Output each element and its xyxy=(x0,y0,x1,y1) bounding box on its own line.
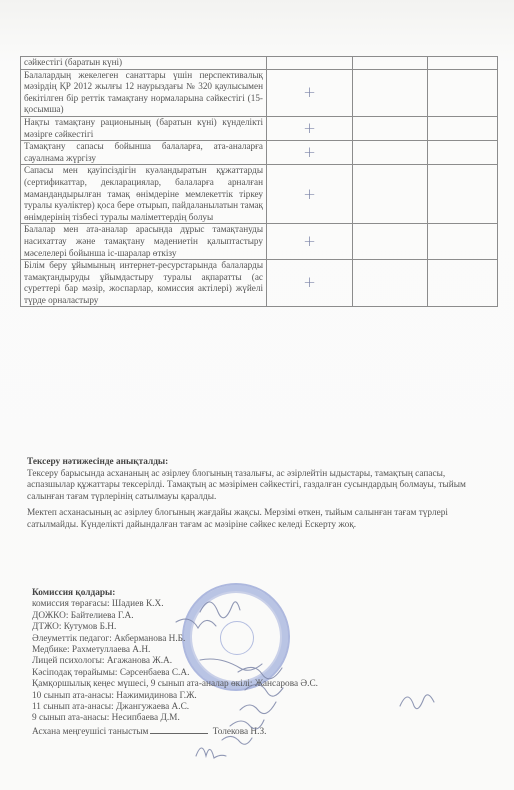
empty-cell xyxy=(353,57,428,70)
commission-member: ДОЖКО: Байтелиева Г.А. xyxy=(32,611,318,622)
empty-cell xyxy=(428,69,498,116)
canteen-head-name: Толекова Н.З. xyxy=(210,727,266,737)
commission-member: 9 сынып ата-анасы: Несипбаева Д.М. xyxy=(32,713,318,724)
commission-member: Кәсіподақ төрайымы: Сәрсенбаева С.А. xyxy=(32,668,318,679)
signature-line xyxy=(150,725,208,734)
findings-paragraph-1: Тексеру барысында асхананың ас әзірлеу б… xyxy=(27,469,487,504)
canteen-head-line: Асхана меңгеушісі таныстым Толекова Н.З. xyxy=(32,725,318,738)
table-row: Балалардың жекелеген санаттары үшін перс… xyxy=(21,69,498,116)
criterion-cell: Нақты тамақтану рационының (баратын күні… xyxy=(21,116,267,140)
commission-member: Әлеуметтік педагог: Акберманова Н.Б. xyxy=(32,634,318,645)
commission-member: Медбике: Рахметуллаева А.Н. xyxy=(32,645,318,656)
empty-cell xyxy=(353,260,428,307)
commission-member: 10 сынып ата-анасы: Нажимидинова Г.Ж. xyxy=(32,691,318,702)
empty-cell xyxy=(428,224,498,260)
criterion-cell: Білім беру ұйымының интернет-ресурстарын… xyxy=(21,260,267,307)
empty-cell xyxy=(353,141,428,165)
empty-cell xyxy=(428,141,498,165)
canteen-head-label: Асхана меңгеушісі таныстым xyxy=(32,727,148,737)
inspection-table: сәйкестігі (баратын күні)Балалардың жеке… xyxy=(20,56,498,307)
empty-cell xyxy=(428,165,498,224)
empty-cell xyxy=(353,165,428,224)
findings-heading: Тексеру нәтижесінде анықталды: xyxy=(27,457,487,469)
empty-cell xyxy=(353,69,428,116)
check-mark-cell: + xyxy=(267,260,353,307)
criterion-cell: Балалар мен ата-аналар арасында дұрыс та… xyxy=(21,224,267,260)
members-list: комиссия төрағасы: Шадиев К.Х.ДОЖКО: Бай… xyxy=(32,599,318,724)
criterion-cell: Балалардың жекелеген санаттары үшін перс… xyxy=(21,69,267,116)
check-mark-cell: + xyxy=(267,69,353,116)
table-row: Білім беру ұйымының интернет-ресурстарын… xyxy=(21,260,498,307)
empty-cell xyxy=(428,260,498,307)
empty-cell xyxy=(353,224,428,260)
findings-paragraph-2: Мектеп асханасының ас әзірлеу блогының ж… xyxy=(27,508,487,531)
commission-member: ДТЖО: Кутумов Б.Н. xyxy=(32,622,318,633)
check-mark-cell: + xyxy=(267,141,353,165)
empty-cell xyxy=(428,57,498,70)
criterion-cell: Сапасы мен қауіпсіздігін куәландыратын қ… xyxy=(21,165,267,224)
table-row: Балалар мен ата-аналар арасында дұрыс та… xyxy=(21,224,498,260)
empty-cell xyxy=(353,116,428,140)
table-row: Тамақтану сапасы бойынша балаларға, ата-… xyxy=(21,141,498,165)
commission-heading: Комиссия қолдары: xyxy=(32,588,318,599)
commission-signatures: Комиссия қолдары: комиссия төрағасы: Шад… xyxy=(32,588,318,738)
table-row: сәйкестігі (баратын күні) xyxy=(21,57,498,70)
document-page: сәйкестігі (баратын күні)Балалардың жеке… xyxy=(0,0,514,790)
check-mark-cell xyxy=(267,57,353,70)
findings-section: Тексеру нәтижесінде анықталды: Тексеру б… xyxy=(27,457,487,531)
table-row: Нақты тамақтану рационының (баратын күні… xyxy=(21,116,498,140)
commission-member: Лицей психологы: Агажанова Ж.А. xyxy=(32,656,318,667)
check-mark-cell: + xyxy=(267,224,353,260)
check-mark-cell: + xyxy=(267,165,353,224)
commission-member: 11 сынып ата-анасы: Джангужаева А.С. xyxy=(32,702,318,713)
criterion-cell: Тамақтану сапасы бойынша балаларға, ата-… xyxy=(21,141,267,165)
table-row: Сапасы мен қауіпсіздігін куәландыратын қ… xyxy=(21,165,498,224)
empty-cell xyxy=(428,116,498,140)
criterion-cell: сәйкестігі (баратын күні) xyxy=(21,57,267,70)
commission-member: Қамқоршылық кеңес мүшесі, 9 сынып ата-ан… xyxy=(32,679,318,690)
commission-member: комиссия төрағасы: Шадиев К.Х. xyxy=(32,599,318,610)
check-mark-cell: + xyxy=(267,116,353,140)
